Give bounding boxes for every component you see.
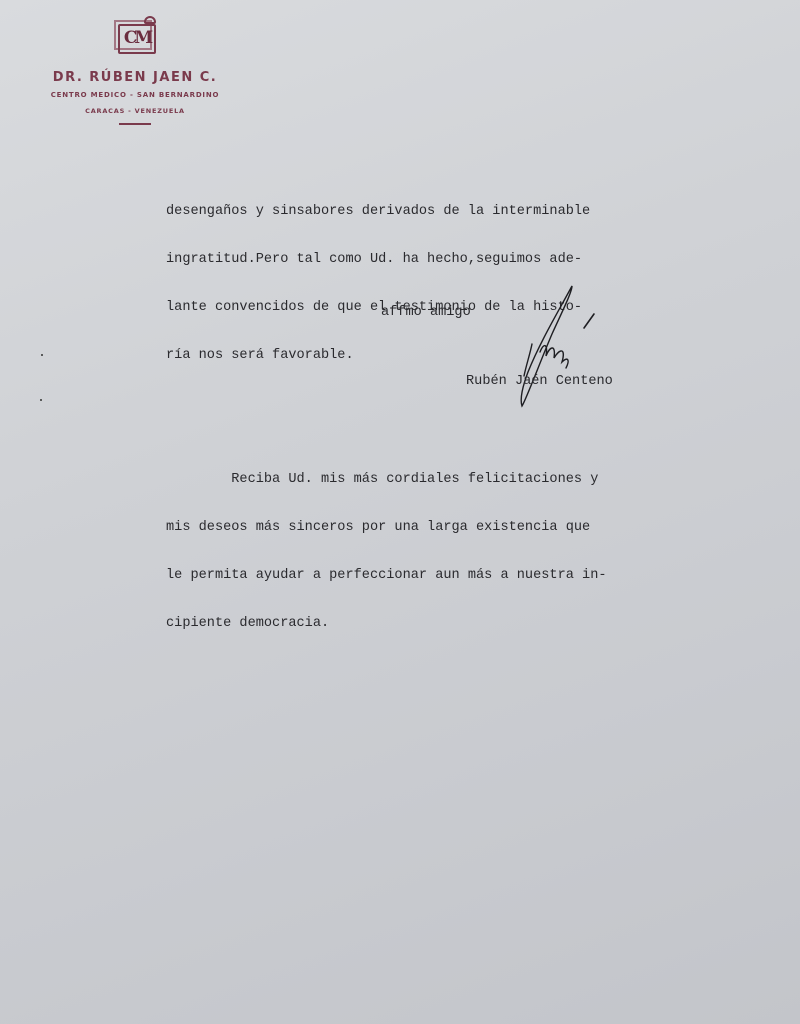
- city-line: CARACAS - VENEZUELA: [30, 107, 240, 115]
- paper-speck: [40, 399, 42, 401]
- clinic-name: CENTRO MEDICO - SAN BERNARDINO: [30, 91, 240, 99]
- body-line: Reciba Ud. mis más cordiales felicitacio…: [166, 472, 686, 488]
- signer-name: Rubén Jaén Centeno: [466, 374, 613, 389]
- paper-speck: [41, 354, 43, 356]
- handwritten-signature: [510, 282, 610, 412]
- letterhead: CM DR. RÚBEN JAEN C. CENTRO MEDICO - SAN…: [30, 18, 240, 125]
- cm-logo-icon: CM: [114, 18, 160, 58]
- body-line: desengaños y sinsabores derivados de la …: [166, 204, 686, 220]
- body-line: cipiente democracia.: [166, 616, 686, 632]
- body-line: le permita ayudar a perfeccionar aun más…: [166, 568, 686, 584]
- body-line: mis deseos más sinceros por una larga ex…: [166, 520, 686, 536]
- letterhead-rule: [119, 123, 151, 125]
- letter-body: desengaños y sinsabores derivados de la …: [166, 140, 686, 708]
- logo-monogram: CM: [120, 27, 154, 49]
- letter-page: CM DR. RÚBEN JAEN C. CENTRO MEDICO - SAN…: [0, 0, 800, 1024]
- body-line: ingratitud.Pero tal como Ud. ha hecho,se…: [166, 252, 686, 268]
- paragraph-2: Reciba Ud. mis más cordiales felicitacio…: [166, 440, 686, 664]
- logo-ornament: [144, 16, 156, 24]
- doctor-name: DR. RÚBEN JAEN C.: [30, 70, 240, 85]
- closing-salutation: affmo amigo: [381, 305, 471, 320]
